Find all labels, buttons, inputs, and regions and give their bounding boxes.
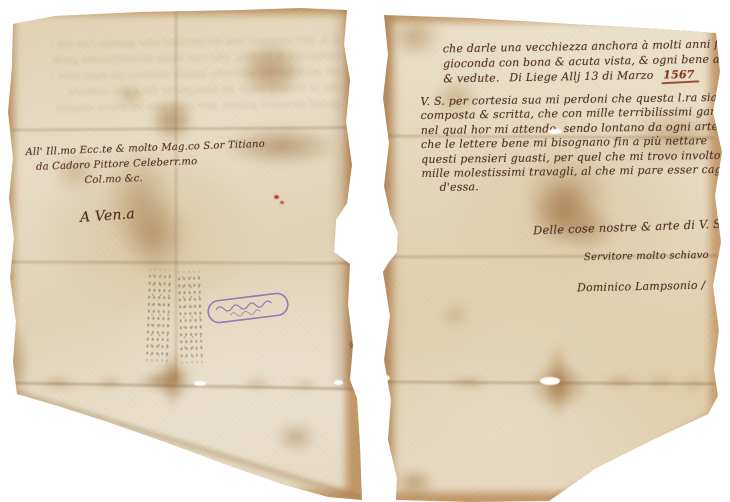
stain — [6, 320, 28, 410]
ink-speckle-trail — [176, 268, 203, 369]
closing-line: Servitore molto schiavo — [584, 250, 709, 263]
wax-seal-remnant — [274, 195, 279, 199]
fold-edge-browning — [380, 12, 400, 490]
scanned-letter: V. S. per cortesia sua mi perdoni che qu… — [0, 0, 730, 502]
place-date: Di Liege Allj 13 di Marzo — [509, 69, 653, 85]
letter-body: che darle una vecchiezza anchora à molti… — [443, 37, 719, 87]
stain — [274, 420, 318, 454]
wax-seal-remnant — [280, 201, 284, 204]
paper-hole — [378, 133, 388, 138]
signature-line: Dominico Lampsonio / — [577, 279, 706, 295]
edge-note: ¼ — [349, 341, 357, 350]
stain — [438, 300, 472, 330]
paper-hole — [540, 377, 560, 385]
paper-hole — [548, 129, 562, 134]
year-highlight: 1567 — [663, 68, 695, 82]
paper-hole — [380, 375, 390, 381]
letter-paragraph: V. S. per cortesia sua mi perdoni che qu… — [420, 91, 716, 196]
address-block: All' Ill.mo Ecc.te & molto Mag.co S.or T… — [25, 137, 266, 190]
paper-hole — [334, 380, 343, 385]
show-through-text: V. S. per cortesia sua mi perdoni che qu… — [51, 31, 342, 120]
ink-speckle-trail — [144, 266, 172, 369]
paper-hole — [194, 381, 206, 386]
date-prefix: & vedute. — [443, 71, 500, 85]
